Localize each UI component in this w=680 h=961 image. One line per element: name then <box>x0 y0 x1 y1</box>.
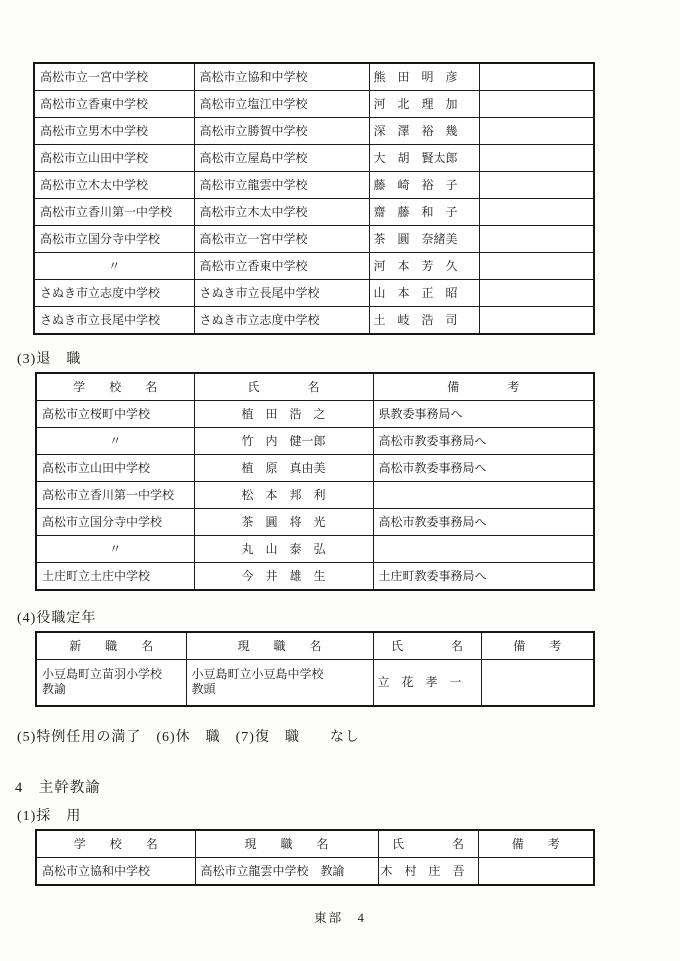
old-school-ditto-cell: 〃 <box>34 253 194 280</box>
current-post-line1: 小豆島町立小豆島中学校 <box>192 667 324 681</box>
new-school-cell: 高松市立屋島中学校 <box>194 145 369 172</box>
school-cell: 高松市立香川第一中学校 <box>36 482 194 509</box>
note-cell: 土庄町教委事務局へ <box>373 563 594 591</box>
remarks-header: 備 考 <box>478 830 594 858</box>
note-cell <box>479 280 594 307</box>
person-name-header: 氏 名 <box>194 373 373 401</box>
table-row: 高松市立桜町中学校 植 田 浩 之 県教委事務局へ <box>36 401 594 428</box>
school-cell: 高松市立協和中学校 <box>36 858 195 886</box>
table-header-row: 新 職 名 現 職 名 氏 名 備 考 <box>36 632 594 660</box>
note-cell: 県教委事務局へ <box>373 401 594 428</box>
yakushoku-teinen-table: 新 職 名 現 職 名 氏 名 備 考 小豆島町立苗羽小学校教諭 小豆島町立小豆… <box>35 631 595 707</box>
current-post-header: 現 職 名 <box>186 632 373 660</box>
table-row: 高松市立国分寺中学校 茶 圓 将 光 高松市教委事務局へ <box>36 509 594 536</box>
table-row: 〃 竹 内 健一郎 高松市教委事務局へ <box>36 428 594 455</box>
table-row: 高松市立協和中学校 高松市立龍雲中学校 教諭 木 村 庄 吾 <box>36 858 594 886</box>
new-school-cell: 高松市立木太中学校 <box>194 199 369 226</box>
name-cell: 植 原 真由美 <box>194 455 373 482</box>
subsection-label-saiyo: (1)採 用 <box>17 805 81 825</box>
old-school-cell: 高松市立男木中学校 <box>34 118 194 145</box>
table-row: さぬき市立志度中学校 さぬき市立長尾中学校 山 本 正 昭 <box>34 280 594 307</box>
note-cell: 高松市教委事務局へ <box>373 509 594 536</box>
name-cell: 木 村 庄 吾 <box>378 858 478 886</box>
note-cell <box>478 858 594 886</box>
transfer-table-continued: 高松市立一宮中学校 高松市立協和中学校 熊 田 明 彦 高松市立香東中学校 高松… <box>33 62 595 335</box>
note-cell <box>479 172 594 199</box>
table-row: 高松市立一宮中学校 高松市立協和中学校 熊 田 明 彦 <box>34 63 594 91</box>
section-label-yakushoku-teinen: (4)役職定年 <box>17 607 96 627</box>
note-cell <box>481 660 594 706</box>
misc-sections-line: (5)特例任用の満了 (6)休 職 (7)復 職 なし <box>17 726 360 746</box>
current-post-cell: 小豆島町立小豆島中学校教頭 <box>186 660 373 706</box>
table-row: 高松市立国分寺中学校 高松市立一宮中学校 茶 圓 奈緒美 <box>34 226 594 253</box>
remarks-header: 備 考 <box>373 373 594 401</box>
old-school-cell: 高松市立一宮中学校 <box>34 63 194 91</box>
new-school-cell: 高松市立協和中学校 <box>194 63 369 91</box>
person-name-header: 氏 名 <box>373 632 481 660</box>
table-header-row: 学 校 名 氏 名 備 考 <box>36 373 594 401</box>
section-label-retirement: (3)退 職 <box>17 348 81 368</box>
table-row: 高松市立香川第一中学校 高松市立木太中学校 齋 藤 和 子 <box>34 199 594 226</box>
table-row: 土庄町立土庄中学校 今 井 雄 生 土庄町教委事務局へ <box>36 563 594 591</box>
name-cell: 山 本 正 昭 <box>369 280 479 307</box>
name-cell: 土 岐 浩 司 <box>369 307 479 335</box>
retirement-table: 学 校 名 氏 名 備 考 高松市立桜町中学校 植 田 浩 之 県教委事務局へ … <box>35 372 595 591</box>
note-cell <box>373 482 594 509</box>
old-school-cell: 高松市立国分寺中学校 <box>34 226 194 253</box>
new-school-cell: 高松市立塩江中学校 <box>194 91 369 118</box>
note-cell <box>479 226 594 253</box>
table-header-row: 学 校 名 現 職 名 氏 名 備 考 <box>36 830 594 858</box>
note-cell: 高松市教委事務局へ <box>373 428 594 455</box>
table-row: 高松市立香東中学校 高松市立塩江中学校 河 北 理 加 <box>34 91 594 118</box>
note-cell <box>479 307 594 335</box>
new-school-cell: さぬき市立長尾中学校 <box>194 280 369 307</box>
name-cell: 今 井 雄 生 <box>194 563 373 591</box>
name-cell: 河 本 芳 久 <box>369 253 479 280</box>
table-row: 高松市立木太中学校 高松市立龍雲中学校 藤 崎 裕 子 <box>34 172 594 199</box>
table-row: 高松市立山田中学校 高松市立屋島中学校 大 胡 賢太郎 <box>34 145 594 172</box>
name-cell: 茶 圓 将 光 <box>194 509 373 536</box>
school-ditto-cell: 〃 <box>36 536 194 563</box>
name-cell: 竹 内 健一郎 <box>194 428 373 455</box>
table-row: 〃 丸 山 泰 弘 <box>36 536 594 563</box>
school-cell: 高松市立国分寺中学校 <box>36 509 194 536</box>
school-name-header: 学 校 名 <box>36 373 194 401</box>
name-cell: 熊 田 明 彦 <box>369 63 479 91</box>
name-cell: 河 北 理 加 <box>369 91 479 118</box>
name-cell: 大 胡 賢太郎 <box>369 145 479 172</box>
remarks-header: 備 考 <box>481 632 594 660</box>
name-cell: 丸 山 泰 弘 <box>194 536 373 563</box>
new-school-cell: 高松市立龍雲中学校 <box>194 172 369 199</box>
old-school-cell: 高松市立木太中学校 <box>34 172 194 199</box>
shukan-kyoyu-saiyo-table: 学 校 名 現 職 名 氏 名 備 考 高松市立協和中学校 高松市立龍雲中学校 … <box>35 829 595 886</box>
name-cell: 茶 圓 奈緒美 <box>369 226 479 253</box>
note-cell <box>479 91 594 118</box>
current-post-header: 現 職 名 <box>195 830 378 858</box>
table-row: 高松市立山田中学校 植 原 真由美 高松市教委事務局へ <box>36 455 594 482</box>
note-cell <box>479 199 594 226</box>
note-cell: 高松市教委事務局へ <box>373 455 594 482</box>
note-cell <box>479 63 594 91</box>
name-cell: 立 花 孝 一 <box>373 660 481 706</box>
school-name-header: 学 校 名 <box>36 830 195 858</box>
new-school-cell: 高松市立一宮中学校 <box>194 226 369 253</box>
school-cell: 土庄町立土庄中学校 <box>36 563 194 591</box>
current-post-line2: 教頭 <box>192 682 216 696</box>
new-post-cell: 小豆島町立苗羽小学校教諭 <box>36 660 186 706</box>
name-cell: 齋 藤 和 子 <box>369 199 479 226</box>
person-name-header: 氏 名 <box>378 830 478 858</box>
document-page: 高松市立一宮中学校 高松市立協和中学校 熊 田 明 彦 高松市立香東中学校 高松… <box>0 0 680 961</box>
new-school-cell: 高松市立勝賀中学校 <box>194 118 369 145</box>
name-cell: 藤 崎 裕 子 <box>369 172 479 199</box>
table-row: 小豆島町立苗羽小学校教諭 小豆島町立小豆島中学校教頭 立 花 孝 一 <box>36 660 594 706</box>
name-cell: 深 澤 裕 幾 <box>369 118 479 145</box>
new-school-cell: さぬき市立志度中学校 <box>194 307 369 335</box>
note-cell <box>479 145 594 172</box>
old-school-cell: 高松市立香川第一中学校 <box>34 199 194 226</box>
note-cell <box>479 118 594 145</box>
table-row: 高松市立男木中学校 高松市立勝賀中学校 深 澤 裕 幾 <box>34 118 594 145</box>
section-heading-shukan-kyoyu: 4 主幹教諭 <box>15 776 101 797</box>
school-cell: 高松市立桜町中学校 <box>36 401 194 428</box>
table-row: さぬき市立長尾中学校 さぬき市立志度中学校 土 岐 浩 司 <box>34 307 594 335</box>
name-cell: 松 本 邦 利 <box>194 482 373 509</box>
note-cell <box>373 536 594 563</box>
old-school-cell: さぬき市立志度中学校 <box>34 280 194 307</box>
new-post-line2: 教諭 <box>42 682 66 696</box>
table-row: 高松市立香川第一中学校 松 本 邦 利 <box>36 482 594 509</box>
school-ditto-cell: 〃 <box>36 428 194 455</box>
page-footer: 東部 4 <box>0 908 680 926</box>
new-school-cell: 高松市立香東中学校 <box>194 253 369 280</box>
old-school-cell: 高松市立香東中学校 <box>34 91 194 118</box>
current-post-cell: 高松市立龍雲中学校 教諭 <box>195 858 378 886</box>
old-school-cell: さぬき市立長尾中学校 <box>34 307 194 335</box>
note-cell <box>479 253 594 280</box>
school-cell: 高松市立山田中学校 <box>36 455 194 482</box>
new-post-header: 新 職 名 <box>36 632 186 660</box>
old-school-cell: 高松市立山田中学校 <box>34 145 194 172</box>
table-row: 〃 高松市立香東中学校 河 本 芳 久 <box>34 253 594 280</box>
new-post-line1: 小豆島町立苗羽小学校 <box>42 667 162 681</box>
name-cell: 植 田 浩 之 <box>194 401 373 428</box>
